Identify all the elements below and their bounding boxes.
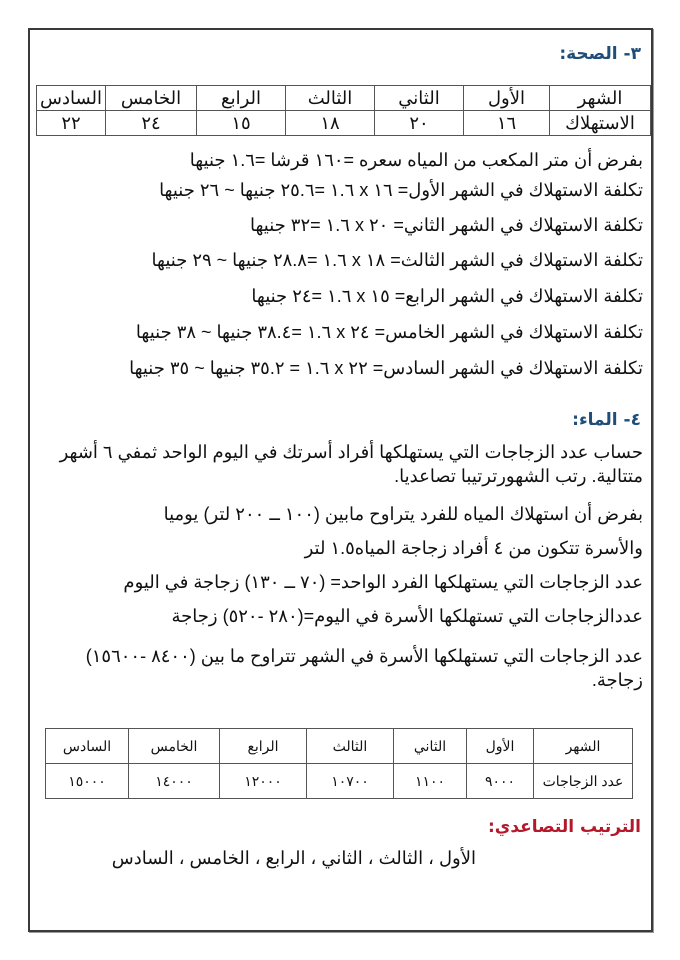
- table-cell: ١٥: [197, 111, 286, 136]
- cost-line-month-6: تكلفة الاستهلاك في الشهر السادس= ٢٢ x ١.…: [129, 358, 643, 379]
- cost-line-month-5: تكلفة الاستهلاك في الشهر الخامس= ٢٤ x ١.…: [136, 322, 643, 343]
- table-cell: الخامس: [129, 729, 220, 764]
- table-cell: الاستهلاك: [550, 111, 651, 136]
- worksheet-frame: ٣- الصحة: الشهر الأول الثاني الثالث الرا…: [28, 28, 653, 932]
- table-cell: ١٨: [286, 111, 375, 136]
- health-consumption-table: الشهر الأول الثاني الثالث الرابع الخامس …: [36, 85, 651, 136]
- water-intro-paragraph: حساب عدد الزجاجات التي يستهلكها أفراد أس…: [43, 440, 643, 488]
- table-cell: ١٤٠٠٠: [129, 764, 220, 799]
- table-cell: الثالث: [286, 86, 375, 111]
- water-assumption-line: بفرض أن استهلاك المياه للفرد يتراوح مابي…: [164, 504, 643, 525]
- table-cell: ١٥٠٠٠: [46, 764, 129, 799]
- cost-line-month-1: تكلفة الاستهلاك في الشهر الأول= ١٦ x ١.٦…: [159, 180, 643, 201]
- table-cell: الثاني: [394, 729, 467, 764]
- family-monthly-bottles-paragraph: عدد الزجاجات التي تستهلكها الأسرة في الش…: [43, 644, 643, 692]
- table-header-row: الشهر الأول الثاني الثالث الرابع الخامس …: [37, 86, 651, 111]
- table-cell: ١١٠٠: [394, 764, 467, 799]
- table-cell: السادس: [46, 729, 129, 764]
- table-cell: الخامس: [106, 86, 197, 111]
- table-cell: ٢٤: [106, 111, 197, 136]
- table-row: الاستهلاك ١٦ ٢٠ ١٨ ١٥ ٢٤ ٢٢: [37, 111, 651, 136]
- table-cell: السادس: [37, 86, 106, 111]
- table-cell: الرابع: [220, 729, 307, 764]
- ranking-heading: الترتيب التصاعدي:: [488, 817, 641, 837]
- table-header-row: الشهر الأول الثاني الثالث الرابع الخامس …: [46, 729, 633, 764]
- bottles-table: الشهر الأول الثاني الثالث الرابع الخامس …: [45, 728, 633, 799]
- cost-line-month-3: تكلفة الاستهلاك في الشهر الثالث= ١٨ x ١.…: [152, 250, 643, 271]
- table-cell: الثاني: [375, 86, 464, 111]
- individual-bottles-line: عدد الزجاجات التي يستهلكها الفرد الواحد=…: [123, 572, 643, 593]
- water-section-heading: ٤- الماء:: [572, 410, 641, 430]
- table-cell: ١٠٧٠٠: [307, 764, 394, 799]
- cost-line-month-2: تكلفة الاستهلاك في الشهر الثاني= ٢٠ x ١.…: [250, 215, 643, 236]
- table-cell: ٢٢: [37, 111, 106, 136]
- table-cell: الأول: [464, 86, 550, 111]
- price-assumption-line: بفرض أن متر المكعب من المياه سعره =١٦٠ ق…: [190, 150, 643, 171]
- table-cell: ٩٠٠٠: [467, 764, 534, 799]
- table-cell: ١٢٠٠٠: [220, 764, 307, 799]
- family-daily-bottles-line: عددالزجاجات التي تستهلكها الأسرة في اليو…: [172, 606, 643, 627]
- table-cell: الشهر: [550, 86, 651, 111]
- table-cell: ٢٠: [375, 111, 464, 136]
- table-cell: الثالث: [307, 729, 394, 764]
- table-cell: ١٦: [464, 111, 550, 136]
- ranking-answer: الأول ، الثالث ، الثاني ، الرابع ، الخام…: [112, 848, 476, 869]
- table-row: عدد الزجاجات ٩٠٠٠ ١١٠٠ ١٠٧٠٠ ١٢٠٠٠ ١٤٠٠٠…: [46, 764, 633, 799]
- table-cell: الأول: [467, 729, 534, 764]
- table-cell: الشهر: [534, 729, 633, 764]
- health-section-heading: ٣- الصحة:: [559, 44, 641, 64]
- table-cell: عدد الزجاجات: [534, 764, 633, 799]
- cost-line-month-4: تكلفة الاستهلاك في الشهر الرابع= ١٥ x ١.…: [251, 286, 643, 307]
- family-size-line: والأسرة تتكون من ٤ أفراد زجاجة المياه١.٥…: [305, 538, 643, 559]
- table-cell: الرابع: [197, 86, 286, 111]
